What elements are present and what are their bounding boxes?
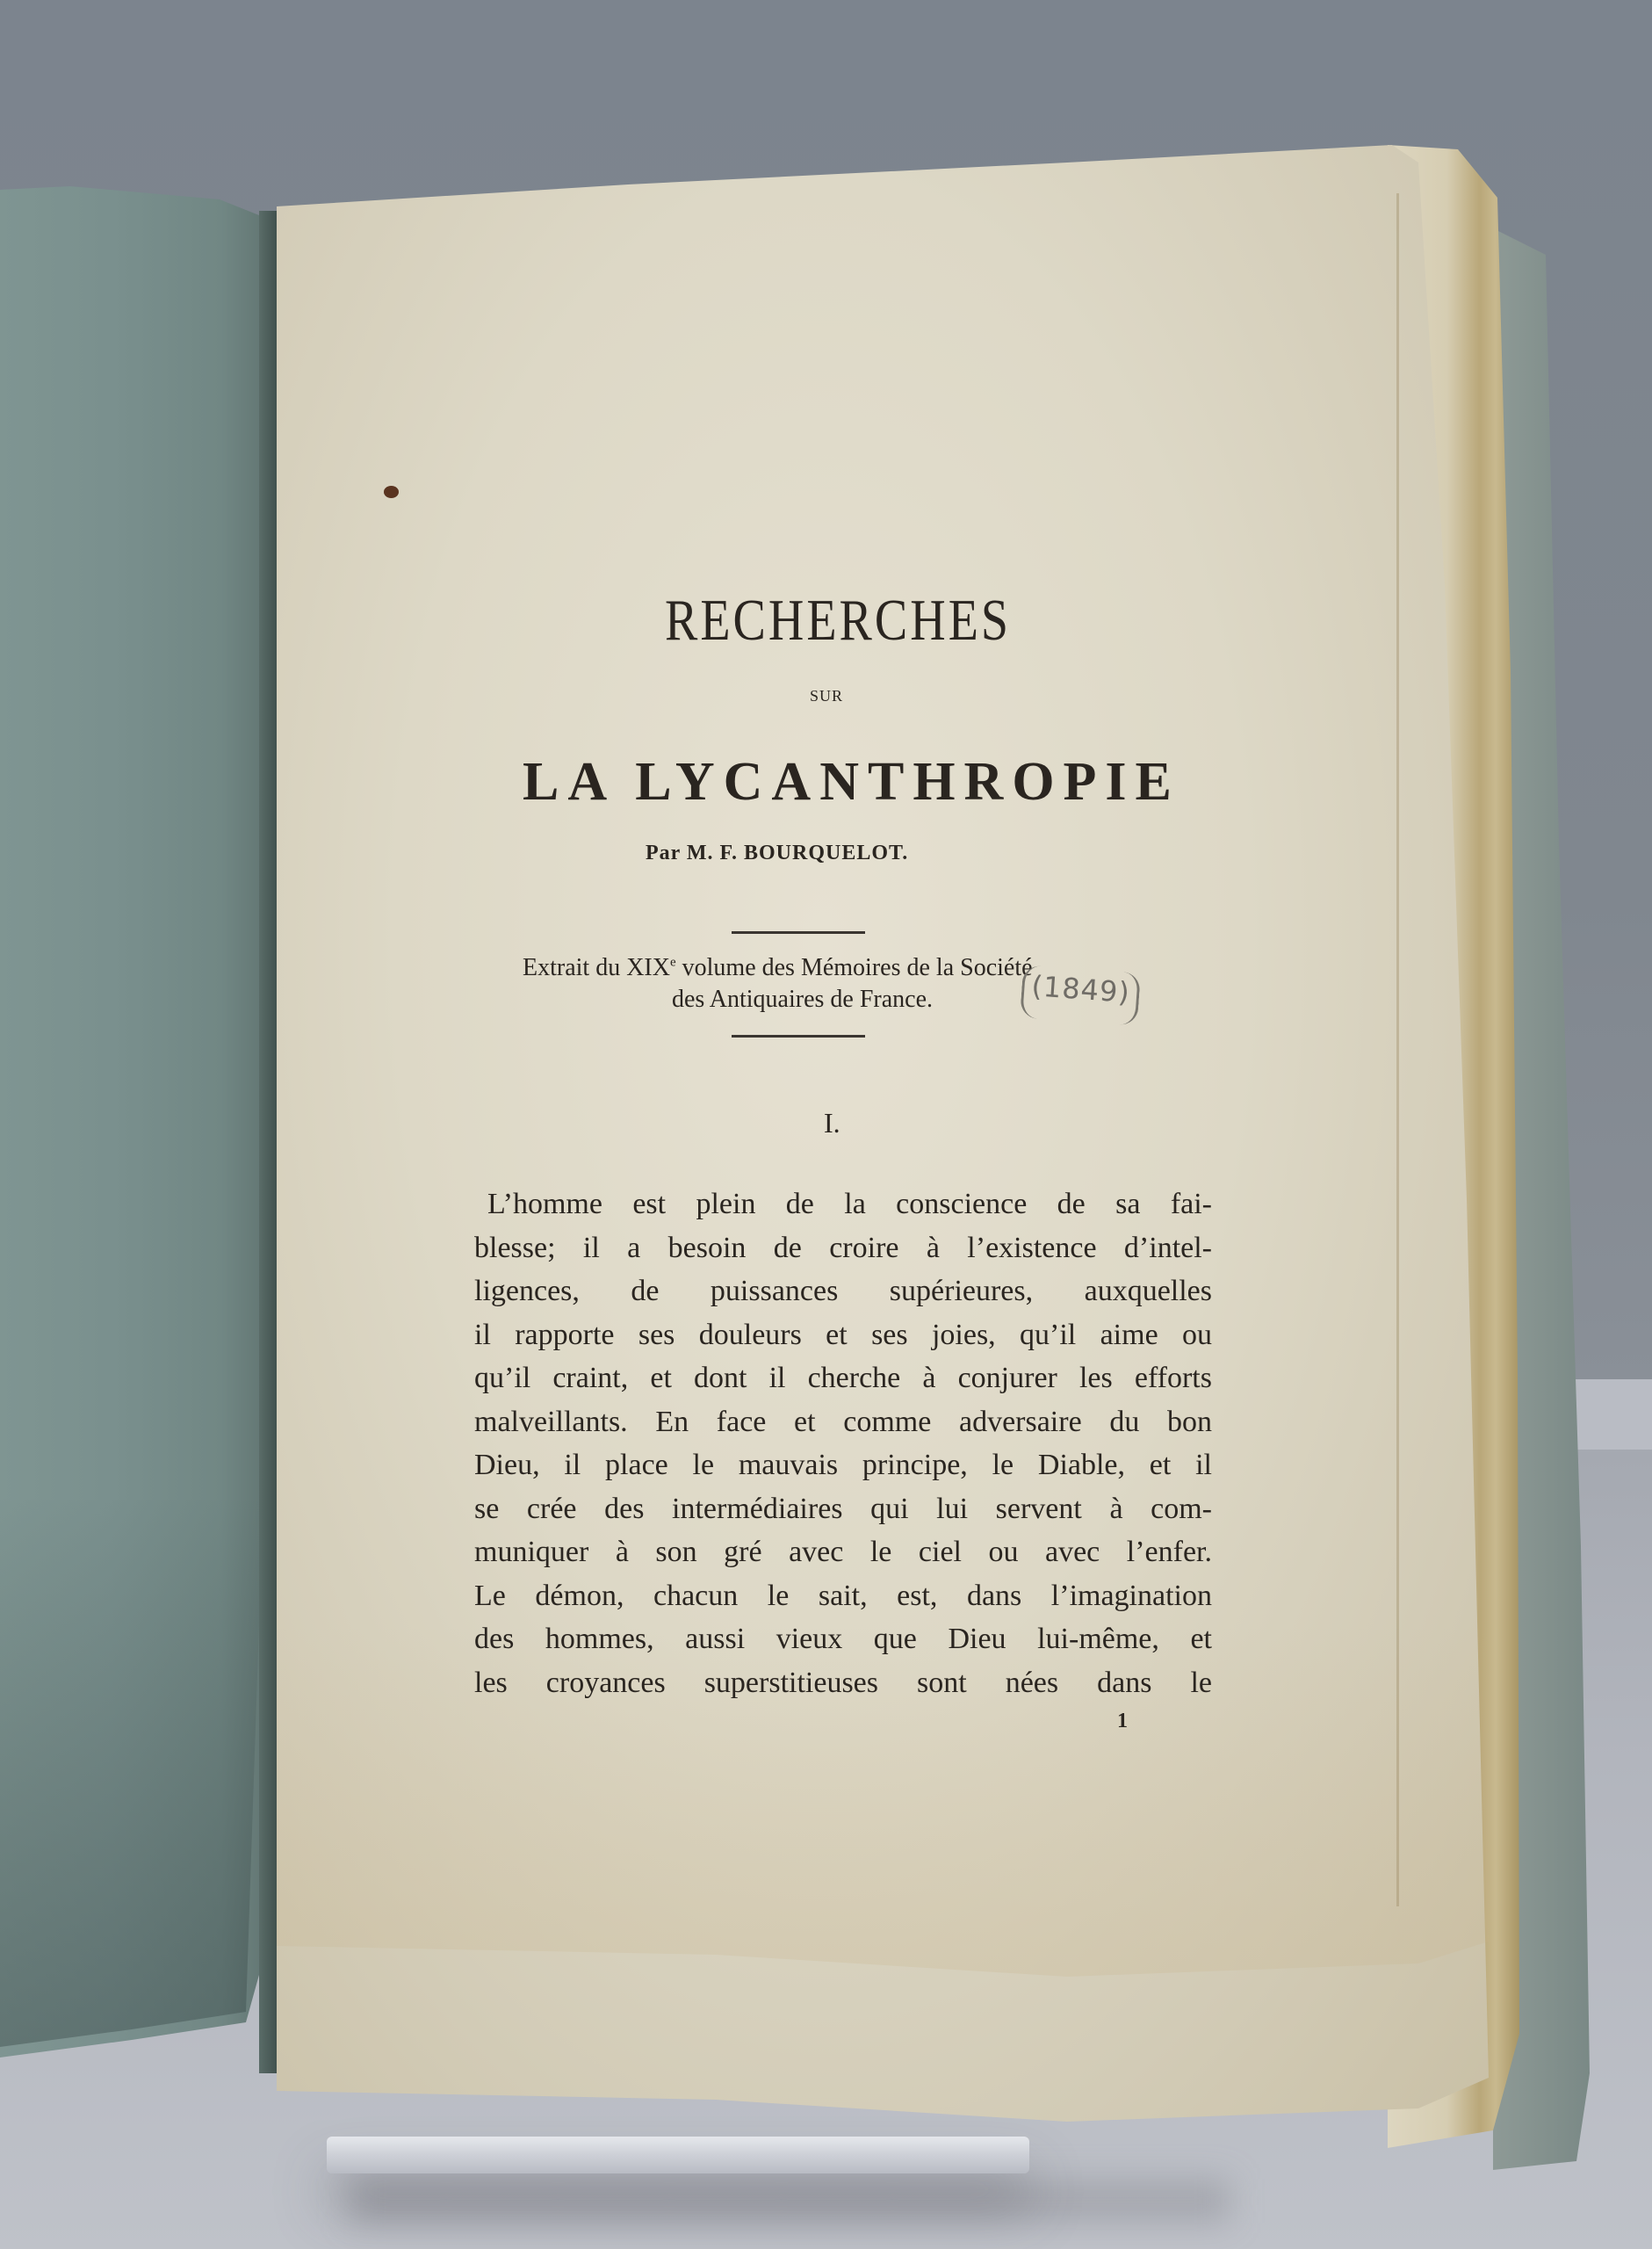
handwritten-date-annotation: (1849) xyxy=(1020,965,1141,1025)
stand-shadow xyxy=(351,2179,1230,2223)
body-line: muniquer à son gré avec le ciel ou avec … xyxy=(474,1530,1212,1574)
title-subject: LA LYCANTHROPIE xyxy=(523,751,1180,814)
extract-line-1: Extrait du XIXe volume des Mémoires de l… xyxy=(523,954,1033,982)
body-line: il rapporte ses douleurs et ses joies, q… xyxy=(474,1313,1212,1357)
title-connector: SUR xyxy=(810,687,843,705)
body-line: Dieu, il place le mauvais principe, le D… xyxy=(474,1443,1212,1487)
body-line: des hommes, aussi vieux que Dieu lui-mêm… xyxy=(474,1617,1212,1661)
divider-bottom xyxy=(732,1035,865,1038)
extract-line-1-suffix: volume des Mémoires de la Société xyxy=(676,954,1033,981)
front-cover-shadow xyxy=(0,1493,263,2056)
body-line: Le démon, chacun le sait, est, dans l’im… xyxy=(474,1574,1212,1618)
page-crease xyxy=(1396,193,1399,1906)
author-line: Par M. F. BOURQUELOT. xyxy=(646,842,908,865)
body-line: blesse; il a besoin de croire à l’existe… xyxy=(474,1226,1212,1270)
ink-stain xyxy=(384,486,399,498)
body-line: malveillants. En face et comme adversair… xyxy=(474,1400,1212,1444)
page-number: 1 xyxy=(1117,1710,1128,1733)
section-number: I. xyxy=(824,1107,840,1139)
spine-shadow xyxy=(259,211,278,2073)
divider-top xyxy=(732,931,865,934)
body-line: se crée des intermédiaires qui lui serve… xyxy=(474,1487,1212,1531)
acrylic-book-stand xyxy=(327,2137,1029,2173)
extract-line-2: des Antiquaires de France. xyxy=(672,986,933,1014)
body-line: ligences, de puissances supérieures, aux… xyxy=(474,1269,1212,1313)
extract-superscript: e xyxy=(670,956,676,970)
extract-line-1-prefix: Extrait du XIX xyxy=(523,954,670,981)
body-line: L’homme est plein de la conscience de sa… xyxy=(474,1182,1212,1226)
body-line: qu’il craint, et dont il cherche à conju… xyxy=(474,1356,1212,1400)
title-main: RECHERCHES xyxy=(665,587,1011,654)
body-line: les croyances superstitieuses sont nées … xyxy=(474,1661,1212,1705)
body-text: L’homme est plein de la conscience de sa… xyxy=(474,1182,1212,1704)
